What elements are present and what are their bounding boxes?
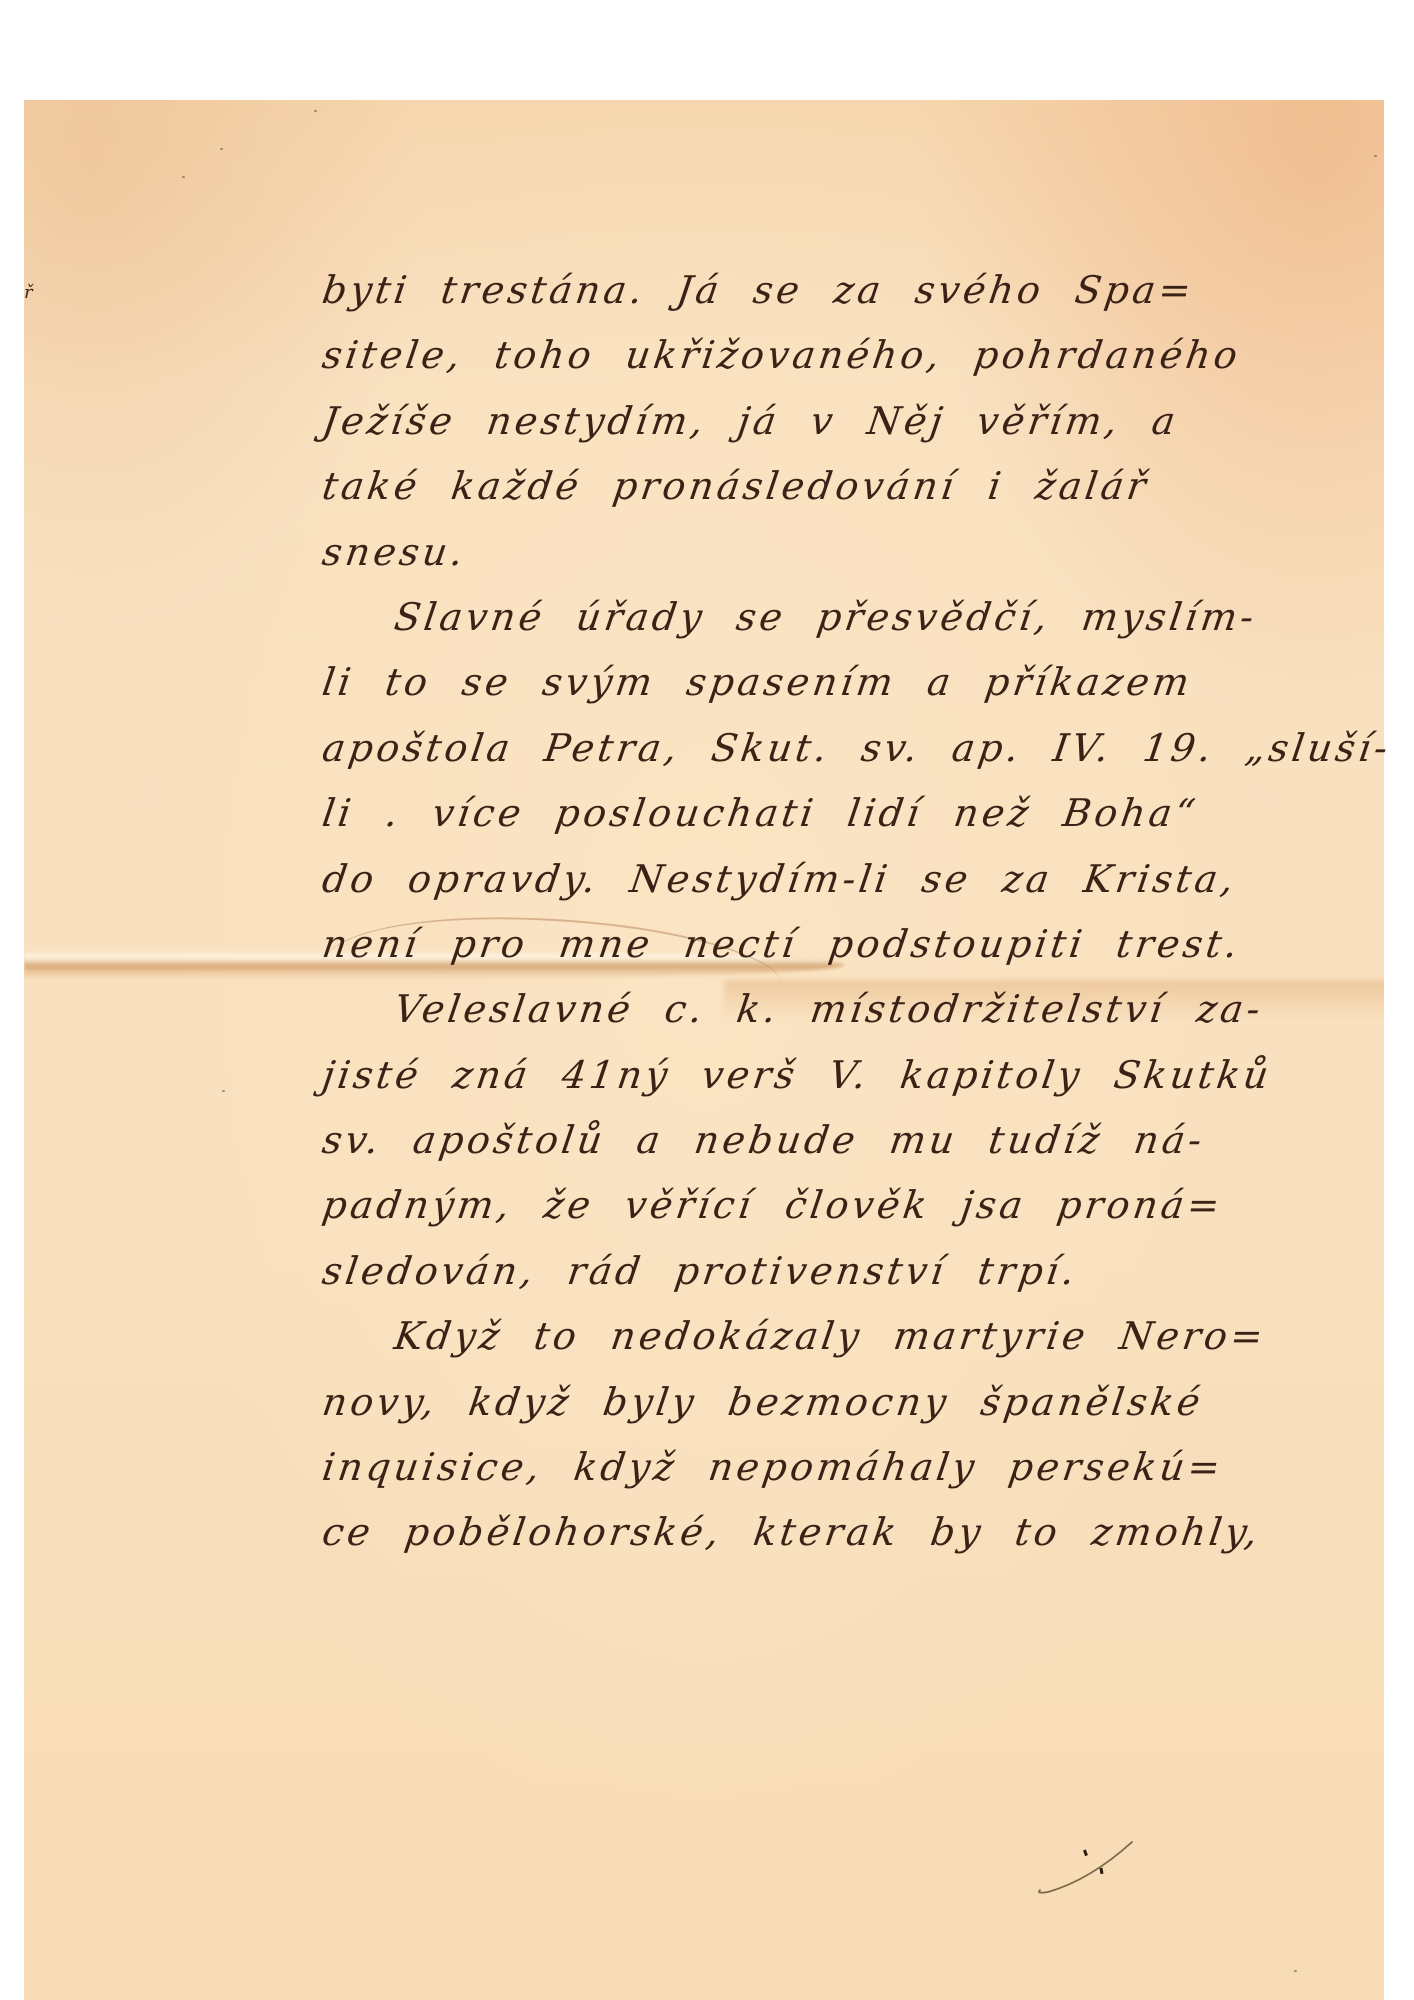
text-line: snesu.: [318, 520, 1407, 585]
text-line: byti trestána. Já se za svého Spa=: [318, 258, 1407, 323]
text-line: novy, když byly bezmocny španělské: [318, 1370, 1407, 1435]
paper-speck: [182, 176, 185, 178]
margin-mark: ř: [24, 282, 33, 303]
paragraph-start-line: Veleslavné c. k. místodržitelství za-: [318, 977, 1407, 1042]
page-end-flourish-icon: [1030, 1828, 1140, 1898]
text-line: Ježíše nestydím, já v Něj věřím, a: [318, 389, 1407, 454]
text-line: li . více poslouchati lidí než Boha“: [318, 781, 1407, 846]
letter-body: byti trestána. Já se za svého Spa= sitel…: [318, 258, 1398, 1566]
paragraph-start-line: Když to nedokázaly martyrie Nero=: [318, 1304, 1407, 1369]
paper-speck: [1374, 155, 1377, 157]
paper-speck: [1294, 1970, 1297, 1972]
text-line: inquisice, když nepomáhaly persekú=: [318, 1435, 1407, 1500]
paper-speck: [220, 148, 223, 150]
paragraph-start-line: Slavné úřady se přesvědčí, myslím-: [318, 585, 1407, 650]
text-line: sledován, rád protivenství trpí.: [318, 1239, 1407, 1304]
text-line: padným, že věřící člověk jsa proná=: [318, 1173, 1407, 1238]
text-line: apoštola Petra, Skut. sv. ap. IV. 19. „s…: [318, 716, 1407, 781]
text-line: není pro mne nectí podstoupiti trest.: [318, 912, 1407, 977]
text-line: sitele, toho ukřižovaného, pohrdaného: [318, 323, 1407, 388]
text-line: také každé pronásledování i žalář: [318, 454, 1407, 519]
text-line: do opravdy. Nestydím-li se za Krista,: [318, 847, 1407, 912]
text-line: jisté zná 41ný verš V. kapitoly Skutků: [318, 1043, 1407, 1108]
paper-speck: [222, 1090, 225, 1092]
text-line: ce pobělohorské, kterak by to zmohly,: [318, 1500, 1407, 1565]
paper-speck: [314, 110, 317, 112]
text-line: sv. apoštolů a nebude mu tudíž ná-: [318, 1108, 1407, 1173]
text-line: li to se svým spasením a příkazem: [318, 650, 1407, 715]
